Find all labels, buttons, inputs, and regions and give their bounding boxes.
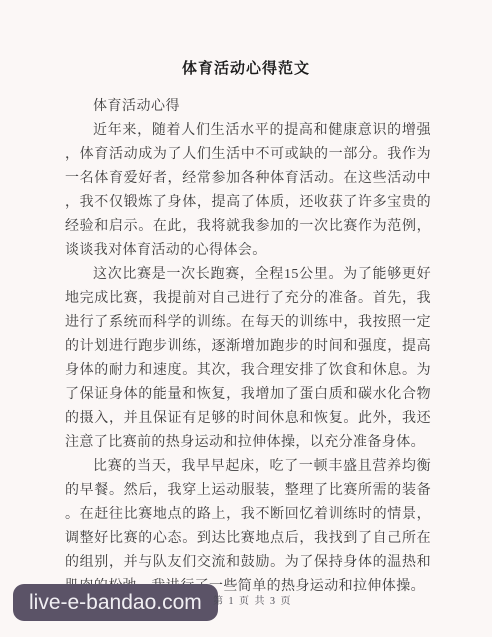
page-indicator: 第 1 页 共 3 页 [213, 592, 292, 607]
document-page: 体育活动心得范文 体育活动心得 近年来，随着人们生活水平的提高和健康意识的增强，… [0, 0, 492, 637]
document-subtitle: 体育活动心得 [65, 95, 431, 119]
paragraph: 这次比赛是一次长跑赛，全程15公里。为了能够更好地完成比赛，我提前对自己进行了充… [65, 263, 431, 455]
page-footer: live-e-bandao.com 第 1 页 共 3 页 [0, 582, 492, 622]
paragraph: 比赛的当天，我早早起床，吃了一顿丰盛且营养均衡的早餐。然后，我穿上运动服装，整理… [65, 455, 431, 599]
paragraph: 近年来，随着人们生活水平的提高和健康意识的增强，体育活动成为了人们生活中不可或缺… [65, 119, 431, 263]
document-body: 体育活动心得 近年来，随着人们生活水平的提高和健康意识的增强，体育活动成为了人们… [0, 95, 431, 599]
document-title: 体育活动心得范文 [0, 0, 492, 78]
watermark-badge: live-e-bandao.com [13, 584, 218, 621]
